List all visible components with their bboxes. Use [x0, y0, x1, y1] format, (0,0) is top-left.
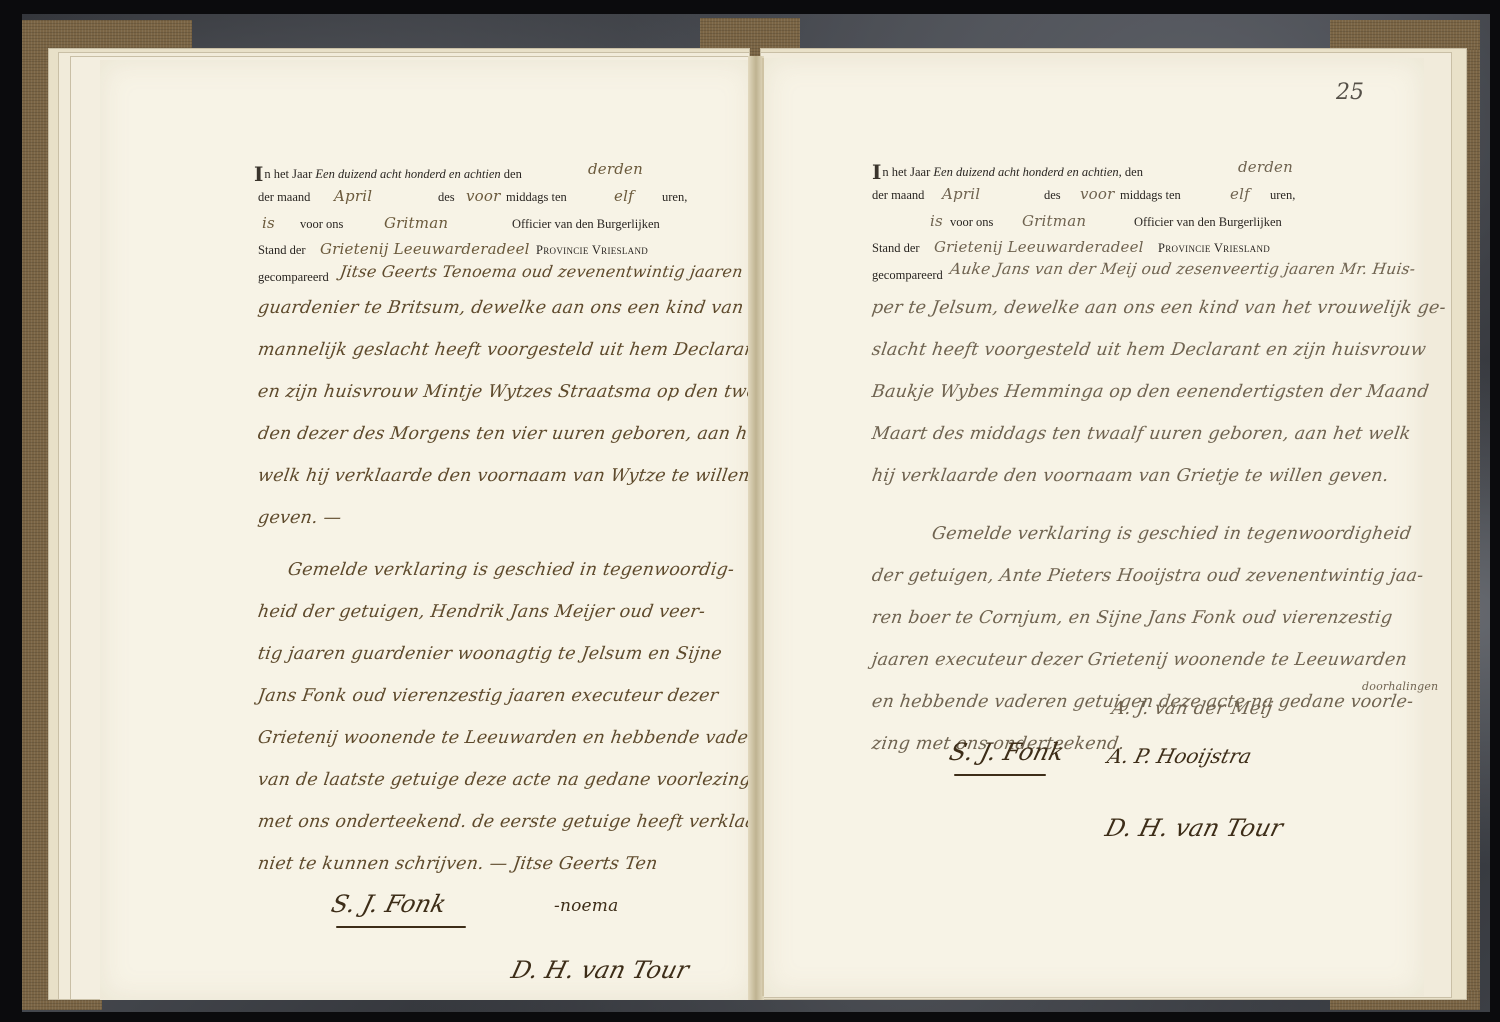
label-voor-ons: voor ons — [950, 215, 993, 230]
label-officier: Officier van den Burgerlijken — [1134, 215, 1282, 230]
hand-district: Grietenij Leeuwarderadeel — [320, 240, 530, 258]
label-provincie: Provincie Vriesland — [1158, 241, 1270, 256]
declaration-line-3: ren boer te Cornjum, en Sijne Jans Fonk … — [871, 608, 1394, 628]
declaration-line-4: jaaren executeur dezer Grietenij woonend… — [871, 650, 1409, 670]
hand-line-5: Maart des middags ten twaalf uuren gebor… — [871, 424, 1412, 444]
hand-month: April — [334, 187, 372, 205]
right-page: 25 In het Jaar Een duizend acht honderd … — [762, 58, 1424, 996]
hand-day: derden — [1238, 158, 1293, 176]
page-number: 25 — [1336, 80, 1364, 105]
signature-continuation: -noema — [554, 896, 618, 916]
signature-van-tour: D. H. van Tour — [1103, 814, 1286, 842]
signature-underline — [954, 774, 1046, 776]
label-middags-ten: middags ten — [1120, 188, 1181, 203]
declaration-line-1: Gemelde verklaring is geschied in tegenw… — [931, 524, 1413, 544]
hand-officer-name: Gritman — [1022, 212, 1086, 230]
label-in-het-jaar: n het Jaar — [264, 167, 312, 181]
hand-line-1: Jitse Geerts Tenoema oud zevenentwintig … — [339, 262, 744, 281]
declaration-line-6: van de laatste getuige deze acte na geda… — [257, 770, 753, 790]
label-der-maand: der maand — [872, 188, 924, 203]
hand-voor: voor — [466, 187, 501, 205]
declaration-line-2: der getuigen, Ante Pieters Hooijstra oud… — [871, 566, 1425, 586]
hand-line-6: hij verklaarde den voornaam van Grietje … — [871, 466, 1390, 486]
form-line-year: In het Jaar Een duizend acht honderd en … — [872, 160, 1143, 184]
label-den: den — [1125, 165, 1143, 179]
label-uren: uren, — [1270, 188, 1295, 203]
label-stand-der: Stand der — [258, 243, 306, 258]
cloth-corner-top-right — [1330, 20, 1480, 50]
label-officier: Officier van den Burgerlijken — [512, 217, 660, 232]
signature-hooijstra: A. P. Hooijstra — [1105, 744, 1254, 768]
label-des: des — [1044, 188, 1061, 203]
form-line-year: In het Jaar Een duizend acht honderd en … — [254, 162, 522, 186]
signature-van-der-meij: A. J. van der Meij — [1110, 698, 1274, 719]
declaration-line-2: heid der getuigen, Hendrik Jans Meijer o… — [257, 602, 707, 622]
drop-cap-i: I — [254, 162, 263, 186]
hand-line-7: geven. — — [257, 508, 343, 528]
hand-is: is — [262, 214, 275, 232]
label-gecompareerd: gecompareerd — [258, 270, 329, 285]
signature-fonk: S. J. Fonk — [947, 738, 1068, 766]
hand-officer-name: Gritman — [384, 214, 448, 232]
hand-line-5: den dezer des Morgens ten vier uuren geb… — [257, 424, 767, 444]
declaration-line-3: tig jaaren guardenier woonagtig te Jelsu… — [257, 644, 724, 664]
left-page: In het Jaar Een duizend acht honderd en … — [100, 60, 755, 1000]
label-provincie: Provincie Vriesland — [536, 243, 648, 258]
hand-hour: elf — [614, 187, 634, 205]
hand-line-1: Auke Jans van der Meij oud zesenveertig … — [949, 260, 1417, 278]
label-middags-ten: middags ten — [506, 190, 567, 205]
margin-note: doorhalingen — [1362, 680, 1438, 693]
printed-year: Een duizend acht honderd en achtien — [315, 167, 500, 181]
label-uren: uren, — [662, 190, 687, 205]
label-den: den — [504, 167, 522, 181]
hand-line-4: en zijn huisvrouw Mintje Wytzes Straatsm… — [257, 382, 776, 402]
printed-year: Een duizend acht honderd en achtien, — [933, 165, 1121, 179]
hand-voor: voor — [1080, 185, 1115, 203]
declaration-line-8: niet te kunnen schrijven. — Jitse Geerts… — [257, 854, 659, 874]
label-voor-ons: voor ons — [300, 217, 343, 232]
hand-line-6: welk hij verklaarde den voornaam van Wyt… — [257, 466, 752, 486]
hand-district: Grietenij Leeuwarderadeel — [934, 238, 1144, 256]
hand-line-4: Baukje Wybes Hemminga op den eenendertig… — [871, 382, 1431, 402]
label-stand-der: Stand der — [872, 241, 920, 256]
hand-line-2: guardenier te Britsum, dewelke aan ons e… — [257, 298, 780, 318]
signature-van-tour: D. H. van Tour — [509, 956, 692, 984]
declaration-line-4: Jans Fonk oud vierenzestig jaaren execut… — [257, 686, 720, 706]
hand-line-2: per te Jelsum, dewelke aan ons een kind … — [871, 298, 1447, 318]
hand-line-3: mannelijk geslacht heeft voorgesteld uit… — [257, 340, 765, 360]
hand-hour: elf — [1230, 185, 1250, 203]
declaration-line-5: Grietenij woonende te Leeuwarden en hebb… — [257, 728, 758, 748]
drop-cap-i: I — [872, 160, 881, 184]
hand-is: is — [930, 212, 943, 230]
declaration-line-1: Gemelde verklaring is geschied in tegenw… — [287, 560, 736, 580]
hand-day: derden — [588, 160, 643, 178]
hand-month: April — [942, 185, 980, 203]
label-gecompareerd: gecompareerd — [872, 268, 943, 283]
label-der-maand: der maand — [258, 190, 310, 205]
label-des: des — [438, 190, 455, 205]
declaration-line-7: met ons onderteekend. de eerste getuige … — [257, 812, 778, 832]
signature-fonk: S. J. Fonk — [329, 890, 450, 918]
label-in-het-jaar: n het Jaar — [882, 165, 930, 179]
signature-underline — [336, 926, 466, 928]
hand-line-3: slacht heeft voorgesteld uit hem Declara… — [871, 340, 1428, 360]
